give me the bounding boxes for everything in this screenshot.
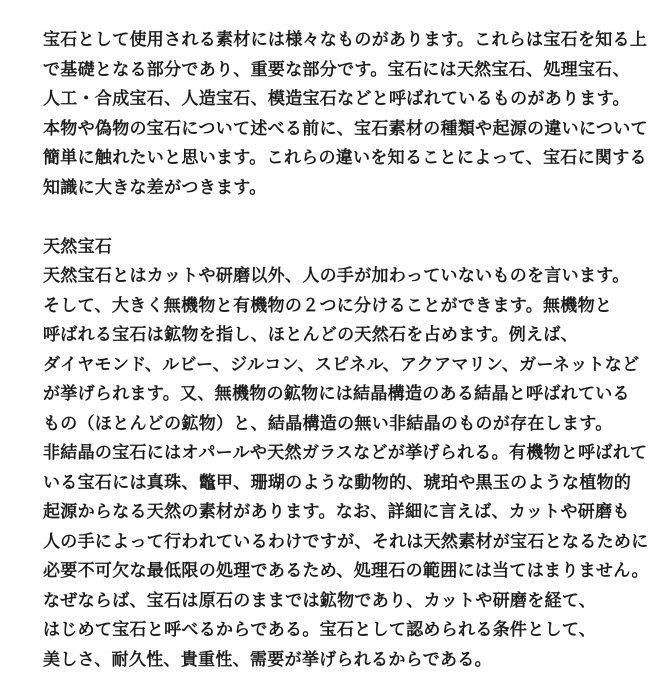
text-line: そして、大きく無機物と有機物の２つに分けることができます。無機物と [43, 292, 644, 322]
text-line: 必要不可欠な最低限の処理であるため、処理石の範囲には当てはまりません。 [43, 557, 644, 587]
text-line: 宝石として使用される素材には様々なものがあります。これらは宝石を知る上 [43, 26, 644, 56]
text-line: もの（ほとんどの鉱物）と、結晶構造の無い非結晶のものが存在します。 [43, 410, 644, 440]
text-line: 起源からなる天然の素材があります。なお、詳細に言えば、カットや研磨も [43, 498, 644, 528]
section-heading: 天然宝石 [43, 233, 644, 263]
text-line: なぜならば、宝石は原石のままでは鉱物であり、カットや研磨を経て、 [43, 587, 644, 617]
text-line: で基礎となる部分であり、重要な部分です。宝石には天然宝石、処理宝石、 [43, 56, 644, 86]
text-line: 非結晶の宝石にはオパールや天然ガラスなどが挙げられる。有機物と呼ばれて [43, 439, 644, 469]
text-line: 本物や偽物の宝石について述べる前に、宝石素材の種類や起源の違いについて [43, 115, 644, 145]
text-line: 天然宝石とはカットや研磨以外、人の手が加わっていないものを言います。 [43, 262, 644, 292]
text-line: はじめて宝石と呼べるからである。宝石として認められる条件として、 [43, 616, 644, 646]
blank-line [43, 203, 644, 233]
text-line: 呼ばれる宝石は鉱物を指し、ほとんどの天然石を占めます。例えば、 [43, 321, 644, 351]
text-line: いる宝石には真珠、鼈甲、珊瑚のような動物的、琥珀や黒玉のような植物的 [43, 469, 644, 499]
text-line: 人の手によって行われているわけですが、それは天然素材が宝石となるために [43, 528, 644, 558]
text-line: 人工・合成宝石、人造宝石、模造宝石などと呼ばれているものがあります。 [43, 85, 644, 115]
text-line: 知識に大きな差がつきます。 [43, 174, 644, 204]
text-line: が挙げられます。又、無機物の鉱物には結晶構造のある結晶と呼ばれている [43, 380, 644, 410]
text-line: 簡単に触れたいと思います。これらの違いを知ることによって、宝石に関する [43, 144, 644, 174]
document-page: 宝石として使用される素材には様々なものがあります。これらは宝石を知る上 で基礎と… [0, 0, 672, 696]
text-line: ダイヤモンド、ルビー、ジルコン、スピネル、アクアマリン、ガーネットなど [43, 351, 644, 381]
text-line: 美しさ、耐久性、貴重性、需要が挙げられるからである。 [43, 646, 644, 676]
